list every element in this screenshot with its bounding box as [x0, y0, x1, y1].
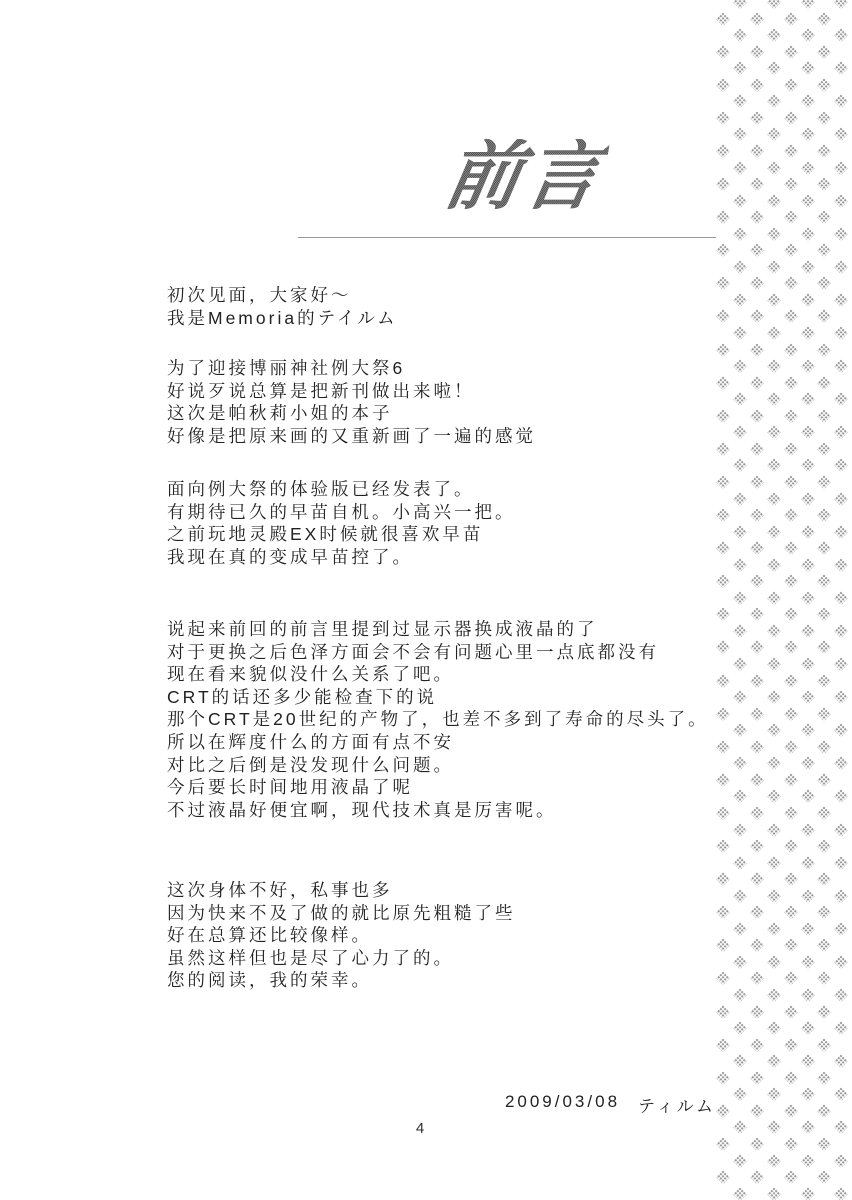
- diamond-dot: [750, 78, 764, 92]
- diamond-dot: [801, 491, 815, 505]
- diamond-dot: [716, 1038, 730, 1052]
- diamond-dot: [784, 276, 798, 290]
- diamond-dot: [834, 525, 848, 539]
- diamond-dot: [817, 607, 831, 621]
- diamond-dot: [784, 442, 798, 456]
- diamond-dot: [834, 425, 848, 439]
- diamond-dot: [801, 260, 815, 274]
- diamond-dot: [784, 707, 798, 721]
- diamond-dot: [817, 376, 831, 390]
- diamond-dot: [784, 475, 798, 489]
- diamond-dot: [716, 508, 730, 522]
- diamond-dot: [750, 1104, 764, 1118]
- diamond-dot: [733, 1120, 747, 1134]
- diamond-dot: [750, 574, 764, 588]
- diamond-dot: [784, 839, 798, 853]
- diamond-dot: [716, 1137, 730, 1151]
- diamond-dot: [801, 1153, 815, 1167]
- diamond-dot: [750, 541, 764, 555]
- diamond-dot: [817, 177, 831, 191]
- diamond-dot: [817, 210, 831, 224]
- text-line: 虽然这样但也是尽了心力了的。: [167, 947, 516, 970]
- diamond-dot: [716, 872, 730, 886]
- diamond-dot: [834, 160, 848, 174]
- diamond-dot: [716, 673, 730, 687]
- diamond-dot: [834, 756, 848, 770]
- diamond-dot: [767, 0, 781, 9]
- diamond-dot: [750, 607, 764, 621]
- diamond-dot: [767, 194, 781, 208]
- diamond-dot: [784, 409, 798, 423]
- diamond-dot: [733, 293, 747, 307]
- diamond-dot: [767, 789, 781, 803]
- diamond-dot: [834, 1021, 848, 1035]
- text-line: 这次是帕秋莉小姐的本子: [167, 402, 536, 425]
- diamond-dot: [801, 227, 815, 241]
- diamond-dot: [817, 574, 831, 588]
- diamond-dot: [801, 127, 815, 141]
- diamond-dot: [750, 11, 764, 25]
- text-line: 好在总算还比较像样。: [167, 924, 516, 947]
- text-line: 好说歹说总算是把新刊做出来啦！: [167, 380, 536, 403]
- diamond-dot: [817, 1104, 831, 1118]
- text-line: 初次见面，大家好～: [167, 284, 398, 307]
- diamond-dot: [784, 1104, 798, 1118]
- diamond-dot: [733, 392, 747, 406]
- diamond-dot: [834, 28, 848, 42]
- diamond-dot: [733, 723, 747, 737]
- text-line: 之前玩地灵殿EX时候就很喜欢早苗: [167, 523, 516, 546]
- diamond-dot: [801, 1021, 815, 1035]
- diamond-dot: [817, 508, 831, 522]
- diamond-dot: [733, 28, 747, 42]
- diamond-dot: [733, 558, 747, 572]
- diamond-dot: [817, 971, 831, 985]
- page-number: 4: [406, 1120, 434, 1137]
- diamond-dot: [801, 922, 815, 936]
- diamond-dot: [801, 1187, 815, 1200]
- diamond-dot: [784, 541, 798, 555]
- diamond-dot: [817, 276, 831, 290]
- diamond-dot: [834, 789, 848, 803]
- diamond-dot: [750, 45, 764, 59]
- diamond-dot: [733, 0, 747, 9]
- diamond-dot: [750, 1071, 764, 1085]
- diamond-dot: [801, 194, 815, 208]
- diamond-dot: [767, 1021, 781, 1035]
- diamond-dot: [750, 773, 764, 787]
- diamond-dot: [801, 558, 815, 572]
- diamond-dot: [834, 822, 848, 836]
- diamond-dot: [767, 1054, 781, 1068]
- diamond-dot: [716, 1104, 730, 1118]
- diamond-dot: [750, 177, 764, 191]
- diamond-dot: [801, 889, 815, 903]
- diamond-dot: [834, 359, 848, 373]
- diamond-dot: [750, 111, 764, 125]
- diamond-dot: [801, 690, 815, 704]
- diamond-dot: [733, 194, 747, 208]
- diamond-dot: [716, 276, 730, 290]
- diamond-dot: [834, 657, 848, 671]
- paragraph: 初次见面，大家好～我是Memoria的テイルム: [167, 284, 398, 329]
- diamond-dot: [834, 591, 848, 605]
- diamond-dot: [767, 293, 781, 307]
- diamond-dot: [750, 508, 764, 522]
- diamond-dot: [767, 558, 781, 572]
- diamond-dot: [733, 988, 747, 1002]
- diamond-dot: [750, 210, 764, 224]
- diamond-dot: [767, 425, 781, 439]
- date-text: 2009/03/08: [505, 1092, 620, 1117]
- paragraph: 面向例大祭的体验版已经发表了。有期待已久的早苗自机。小高兴一把。之前玩地灵殿EX…: [167, 478, 516, 568]
- text-line: 您的阅读，我的荣幸。: [167, 969, 516, 992]
- diamond-dot: [716, 574, 730, 588]
- diamond-dot: [834, 194, 848, 208]
- diamond-dot: [716, 707, 730, 721]
- diamond-dot: [784, 508, 798, 522]
- diamond-dot: [716, 442, 730, 456]
- diamond-dot: [716, 177, 730, 191]
- diamond-dot: [733, 690, 747, 704]
- diamond-dot: [834, 955, 848, 969]
- diamond-dot: [767, 1120, 781, 1134]
- diamond-dot: [767, 1087, 781, 1101]
- diamond-dot: [834, 94, 848, 108]
- diamond-dot: [834, 690, 848, 704]
- text-line: 不过液晶好便宜啊，现代技术真是厉害呢。: [167, 799, 709, 822]
- diamond-dot: [834, 922, 848, 936]
- diamond-dot: [716, 144, 730, 158]
- diamond-dot: [801, 1087, 815, 1101]
- diamond-dot: [817, 673, 831, 687]
- text-line: 我是Memoria的テイルム: [167, 307, 398, 330]
- diamond-dot: [801, 293, 815, 307]
- diamond-dot: [767, 359, 781, 373]
- diamond-dot: [716, 541, 730, 555]
- diamond-dot: [784, 673, 798, 687]
- diamond-dot: [716, 309, 730, 323]
- diamond-dot: [733, 822, 747, 836]
- diamond-dot: [784, 177, 798, 191]
- diamond-dot: [817, 409, 831, 423]
- diamond-dot: [784, 806, 798, 820]
- diamond-dot: [716, 640, 730, 654]
- text-line: 因为快来不及了做的就比原先粗糙了些: [167, 902, 516, 925]
- diamond-dot: [834, 856, 848, 870]
- diamond-dot: [801, 0, 815, 9]
- diamond-dot: [784, 342, 798, 356]
- diamond-dot: [733, 1021, 747, 1035]
- diamond-dot: [716, 971, 730, 985]
- diamond-dot: [784, 1071, 798, 1085]
- diamond-dot: [767, 127, 781, 141]
- diamond-dot: [801, 756, 815, 770]
- diamond-dot: [716, 806, 730, 820]
- diamond-dot: [817, 11, 831, 25]
- diamond-dot: [767, 690, 781, 704]
- diamond-dot: [817, 78, 831, 92]
- diamond-dot: [834, 1120, 848, 1134]
- diamond-dot: [817, 1170, 831, 1184]
- diamond-dot: [801, 61, 815, 75]
- text-line: 好像是把原来画的又重新画了一遍的感觉: [167, 425, 536, 448]
- diamond-dot: [767, 624, 781, 638]
- diamond-dot: [767, 260, 781, 274]
- diamond-dot: [733, 227, 747, 241]
- diamond-dot: [750, 442, 764, 456]
- page-title: 前言: [439, 139, 610, 214]
- diamond-dot: [801, 988, 815, 1002]
- text-line: 对比之后倒是没发现什么问题。: [167, 754, 709, 777]
- diamond-dot: [817, 938, 831, 952]
- diamond-dot: [750, 971, 764, 985]
- diamond-dot: [834, 1153, 848, 1167]
- diamond-dot: [716, 938, 730, 952]
- text-line: 有期待已久的早苗自机。小高兴一把。: [167, 501, 516, 524]
- paragraph: 为了迎接博丽神社例大祭6好说歹说总算是把新刊做出来啦！这次是帕秋莉小姐的本子好像…: [167, 357, 536, 447]
- diamond-dot: [750, 905, 764, 919]
- diamond-dot: [801, 856, 815, 870]
- diamond-dot: [767, 889, 781, 903]
- diamond-dot: [784, 773, 798, 787]
- diamond-dot: [801, 591, 815, 605]
- diamond-dot: [750, 276, 764, 290]
- diamond-dot: [716, 409, 730, 423]
- diamond-dot: [834, 723, 848, 737]
- text-line: 对于更换之后色泽方面会不会有问题心里一点底都没有: [167, 641, 709, 664]
- diamond-dot: [750, 872, 764, 886]
- diamond-dot: [834, 558, 848, 572]
- diamond-dot: [767, 922, 781, 936]
- diamond-dot: [767, 723, 781, 737]
- text-line: 说起来前回的前言里提到过显示器换成液晶的了: [167, 618, 709, 641]
- diamond-dot: [716, 210, 730, 224]
- diamond-dot: [784, 938, 798, 952]
- diamond-dot: [801, 525, 815, 539]
- diamond-dot: [767, 955, 781, 969]
- diamond-dot: [750, 144, 764, 158]
- diamond-dot: [716, 740, 730, 754]
- diamond-dot: [801, 1054, 815, 1068]
- diamond-dot: [733, 756, 747, 770]
- diamond-dot: [767, 392, 781, 406]
- diamond-dot: [784, 45, 798, 59]
- diamond-dot: [716, 45, 730, 59]
- diamond-dot: [817, 740, 831, 754]
- diamond-dot: [750, 839, 764, 853]
- diamond-dot: [767, 61, 781, 75]
- diamond-dot: [767, 458, 781, 472]
- diamond-dot: [784, 309, 798, 323]
- diamond-dot: [733, 525, 747, 539]
- diamond-dot: [801, 458, 815, 472]
- diamond-dot: [834, 227, 848, 241]
- diamond-dot: [716, 111, 730, 125]
- diamond-dot: [817, 1071, 831, 1085]
- diamond-dot: [784, 243, 798, 257]
- diamond-dot: [750, 806, 764, 820]
- diamond-dot: [801, 789, 815, 803]
- diamond-dot: [784, 872, 798, 886]
- diamond-dot: [801, 955, 815, 969]
- text-line: 现在看来貌似没什么关系了吧。: [167, 663, 709, 686]
- diamond-dot: [817, 111, 831, 125]
- diamond-dot: [733, 1153, 747, 1167]
- diamond-dot: [817, 442, 831, 456]
- diamond-dot: [767, 326, 781, 340]
- diamond-dot: [834, 127, 848, 141]
- diamond-dot: [817, 839, 831, 853]
- diamond-dot: [750, 1038, 764, 1052]
- text-line: 面向例大祭的体验版已经发表了。: [167, 478, 516, 501]
- diamond-dot: [716, 905, 730, 919]
- diamond-dot: [733, 359, 747, 373]
- diamond-dot: [750, 640, 764, 654]
- diamond-dot: [733, 591, 747, 605]
- diamond-dot: [767, 160, 781, 174]
- diamond-dot: [801, 359, 815, 373]
- diamond-dot: [817, 905, 831, 919]
- halftone-diamond-pattern: [706, 0, 852, 1200]
- diamond-dot: [767, 988, 781, 1002]
- paragraph: 这次身体不好，私事也多因为快来不及了做的就比原先粗糙了些好在总算还比较像样。虽然…: [167, 879, 516, 992]
- diamond-dot: [834, 0, 848, 9]
- diamond-dot: [784, 971, 798, 985]
- diamond-dot: [817, 475, 831, 489]
- diamond-dot: [767, 657, 781, 671]
- diamond-dot: [767, 591, 781, 605]
- diamond-dot: [716, 1004, 730, 1018]
- diamond-dot: [733, 491, 747, 505]
- text-line: 我现在真的变成早苗控了。: [167, 546, 516, 569]
- diamond-dot: [733, 856, 747, 870]
- text-line: CRT的话还多少能检查下的说: [167, 686, 709, 709]
- diamond-dot: [801, 326, 815, 340]
- diamond-dot: [750, 673, 764, 687]
- diamond-dot: [817, 342, 831, 356]
- diamond-dot: [817, 541, 831, 555]
- diamond-dot: [767, 856, 781, 870]
- diamond-dot: [750, 938, 764, 952]
- diamond-dot: [784, 1004, 798, 1018]
- diamond-dot: [784, 144, 798, 158]
- diamond-dot: [716, 1170, 730, 1184]
- diamond-dot: [750, 309, 764, 323]
- preface-page: { "page": { "title": "前言", "date": "2009…: [0, 0, 852, 1200]
- diamond-dot: [817, 243, 831, 257]
- diamond-dot: [733, 127, 747, 141]
- diamond-dot: [750, 1004, 764, 1018]
- diamond-dot: [750, 475, 764, 489]
- diamond-dot: [733, 1054, 747, 1068]
- diamond-dot: [733, 955, 747, 969]
- diamond-dot: [733, 458, 747, 472]
- diamond-dot: [716, 376, 730, 390]
- diamond-dot: [733, 94, 747, 108]
- diamond-dot: [817, 1038, 831, 1052]
- diamond-dot: [733, 260, 747, 274]
- diamond-dot: [750, 243, 764, 257]
- diamond-dot: [817, 309, 831, 323]
- diamond-dot: [801, 657, 815, 671]
- diamond-dot: [817, 640, 831, 654]
- diamond-dot: [767, 227, 781, 241]
- diamond-dot: [716, 773, 730, 787]
- diamond-dot: [834, 988, 848, 1002]
- diamond-dot: [817, 45, 831, 59]
- diamond-dot: [767, 28, 781, 42]
- diamond-dot: [834, 392, 848, 406]
- diamond-dot: [817, 872, 831, 886]
- diamond-dot: [801, 392, 815, 406]
- diamond-dot: [733, 1087, 747, 1101]
- text-line: 为了迎接博丽神社例大祭6: [167, 357, 536, 380]
- diamond-dot: [801, 94, 815, 108]
- diamond-dot: [834, 624, 848, 638]
- diamond-dot: [733, 326, 747, 340]
- diamond-dot: [716, 342, 730, 356]
- diamond-dot: [801, 1120, 815, 1134]
- diamond-dot: [784, 210, 798, 224]
- diamond-dot: [817, 144, 831, 158]
- diamond-dot: [733, 160, 747, 174]
- diamond-dot: [801, 160, 815, 174]
- diamond-dot: [733, 61, 747, 75]
- diamond-dot: [817, 773, 831, 787]
- text-line: 所以在辉度什么的方面有点不安: [167, 731, 709, 754]
- diamond-dot: [716, 607, 730, 621]
- diamond-dot: [834, 491, 848, 505]
- title-underline: [298, 237, 716, 238]
- paragraph: 说起来前回的前言里提到过显示器换成液晶的了对于更换之后色泽方面会不会有问题心里一…: [167, 618, 709, 821]
- diamond-dot: [834, 61, 848, 75]
- diamond-dot: [767, 1153, 781, 1167]
- diamond-dot: [733, 624, 747, 638]
- diamond-dot: [716, 78, 730, 92]
- diamond-dot: [750, 707, 764, 721]
- diamond-dot: [834, 1187, 848, 1200]
- date-signature-line: 2009/03/08 ティルム: [505, 1092, 716, 1117]
- diamond-dot: [750, 409, 764, 423]
- diamond-dot: [784, 740, 798, 754]
- diamond-dot: [784, 640, 798, 654]
- diamond-dot: [784, 1038, 798, 1052]
- diamond-dot: [733, 922, 747, 936]
- diamond-dot: [716, 11, 730, 25]
- diamond-dot: [784, 1137, 798, 1151]
- diamond-dot: [716, 839, 730, 853]
- diamond-dot: [784, 574, 798, 588]
- diamond-dot: [834, 1087, 848, 1101]
- text-line: 这次身体不好，私事也多: [167, 879, 516, 902]
- diamond-dot: [801, 624, 815, 638]
- diamond-dot: [834, 326, 848, 340]
- diamond-dot: [817, 806, 831, 820]
- diamond-dot: [750, 376, 764, 390]
- diamond-dot: [733, 789, 747, 803]
- diamond-dot: [767, 94, 781, 108]
- diamond-dot: [784, 607, 798, 621]
- diamond-dot: [801, 425, 815, 439]
- diamond-dot: [784, 78, 798, 92]
- diamond-dot: [801, 723, 815, 737]
- diamond-dot: [716, 475, 730, 489]
- diamond-dot: [767, 491, 781, 505]
- diamond-dot: [767, 822, 781, 836]
- diamond-dot: [784, 111, 798, 125]
- author-name: ティルム: [638, 1092, 716, 1117]
